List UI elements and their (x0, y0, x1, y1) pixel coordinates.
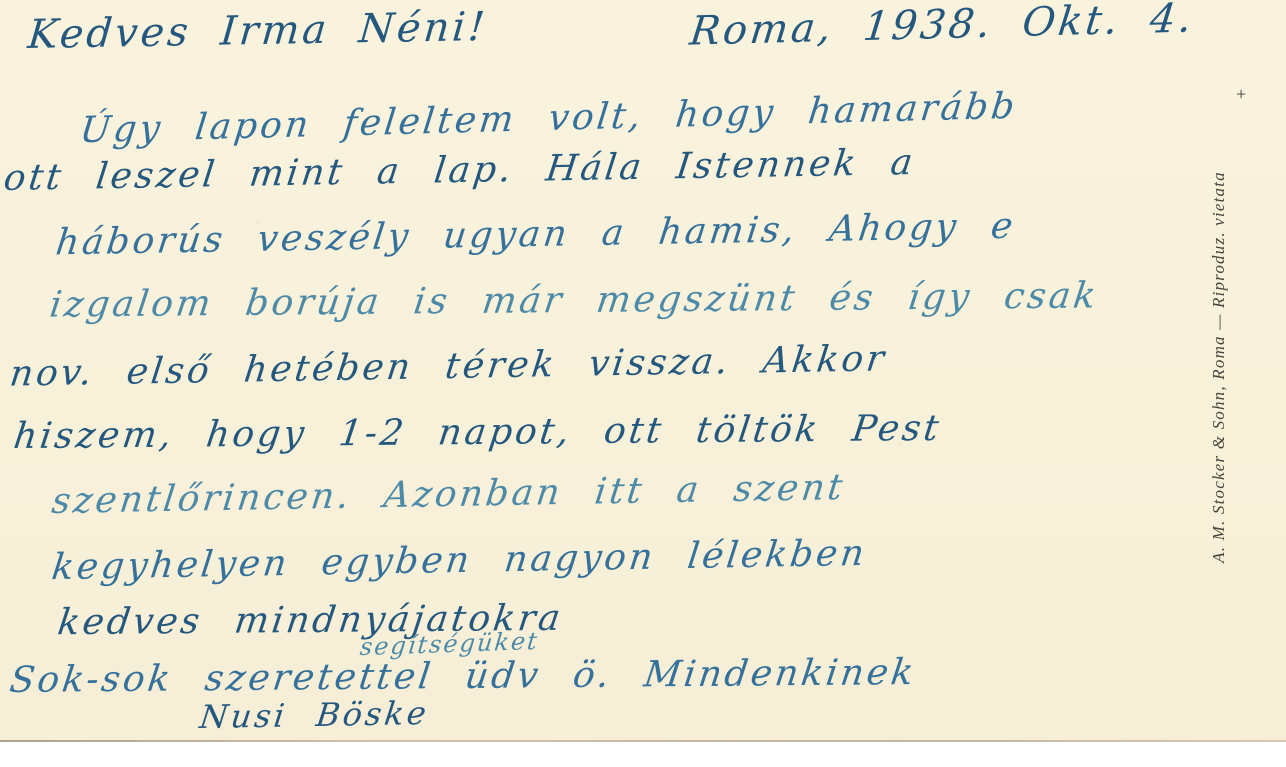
scanner-background (0, 742, 1286, 767)
handwriting-line-6: hiszem, hogy 1-2 napot, ott töltök Pest (11, 408, 944, 457)
printer-imprint: A. M. Stocker & Sohn, Roma — Riproduz. v… (1209, 47, 1231, 687)
closing-line: Sok-sok szeretettel üdv ö. Mindenkinek (7, 652, 918, 701)
salutation-line: Kedves Irma Néni! (26, 4, 489, 58)
postcard-scan: Kedves Irma Néni! Roma, 1938. Okt. 4. Úg… (0, 0, 1286, 767)
plus-mark: + (1236, 84, 1246, 105)
signature-line: Nusi Böske (198, 694, 432, 736)
